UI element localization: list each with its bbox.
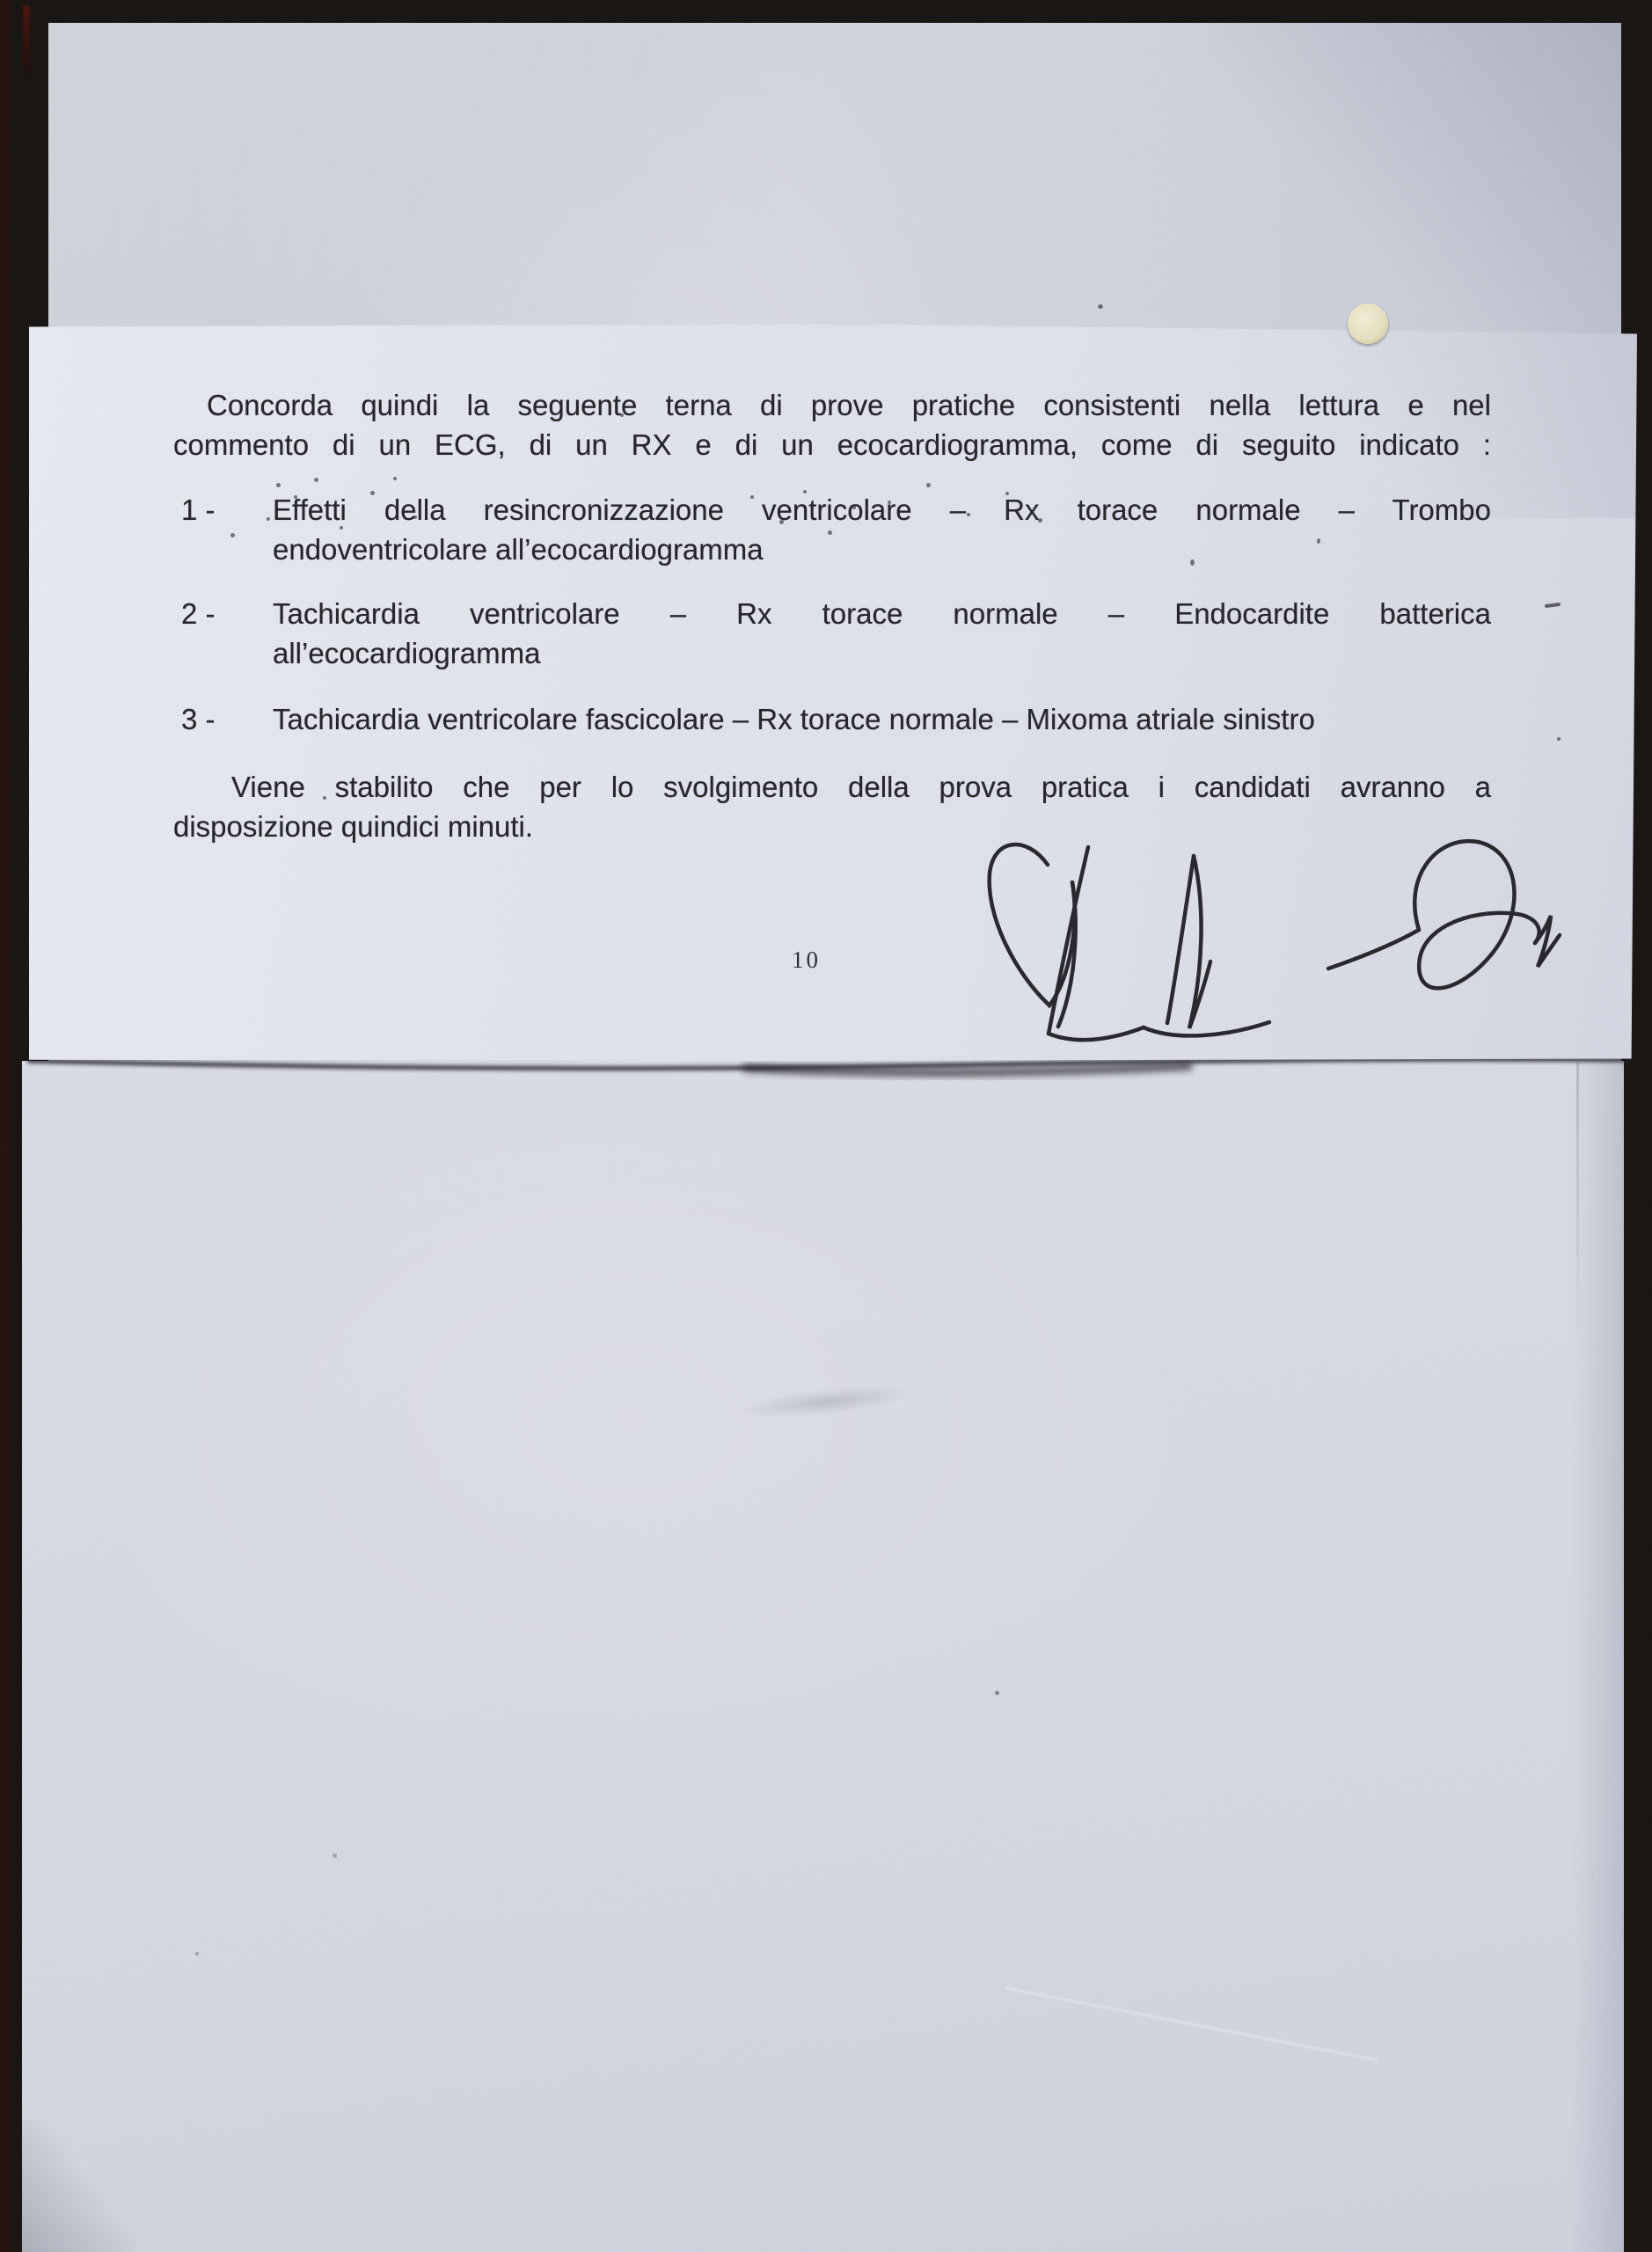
item-line: Tachicardia ventricolare – Rx torace nor… xyxy=(273,594,1491,633)
scanner-bed-red-mark xyxy=(23,5,30,79)
toner-speck xyxy=(926,483,931,487)
toner-speck xyxy=(370,491,375,495)
toner-speck xyxy=(803,490,807,494)
item-line: all’ecocardiogramma xyxy=(273,633,1491,673)
bottom-sheet-corner-shade xyxy=(22,2120,136,2252)
toner-speck xyxy=(294,495,297,499)
scanner-bed-left-edge xyxy=(0,0,14,2252)
closing-line: Viene stabilito che per lo svolgimento d… xyxy=(173,767,1491,807)
list-item-3: 3 - Tachicardia ventricolare fascicolare… xyxy=(173,699,1491,739)
toner-speck xyxy=(340,526,343,530)
item-marker: 1 - xyxy=(181,490,216,530)
toner-speck xyxy=(1005,492,1009,495)
toner-speck xyxy=(828,530,832,535)
toner-speck xyxy=(1098,304,1103,309)
toner-speck xyxy=(323,796,326,800)
item-line: endoventricolare all’ecocardiogramma xyxy=(273,530,1491,569)
back-sheet-fold xyxy=(1208,23,1621,375)
toner-speck xyxy=(779,520,784,524)
page-number: 10 xyxy=(792,947,821,974)
toner-speck xyxy=(267,517,270,521)
list-item-2: 2 - Tachicardia ventricolare – Rx torace… xyxy=(173,594,1491,673)
item-line: Tachicardia ventricolare fascicolare – R… xyxy=(273,699,1491,739)
toner-speck xyxy=(967,513,970,516)
toner-speck xyxy=(750,495,754,499)
toner-speck xyxy=(1317,538,1320,544)
intro-paragraph: Concorda quindi la seguente terna di pro… xyxy=(173,385,1491,464)
toner-speck xyxy=(195,1952,199,1956)
item-line: Effetti della resincronizzazione ventric… xyxy=(273,490,1491,530)
toner-speck xyxy=(888,501,891,504)
item-marker: 3 - xyxy=(181,699,216,739)
toner-speck xyxy=(1190,559,1195,566)
toner-speck xyxy=(995,1691,999,1695)
stain-blob xyxy=(1348,303,1388,344)
signature-ink xyxy=(963,828,1561,1042)
toner-speck xyxy=(393,477,397,480)
bottom-sheet-right-shade xyxy=(1571,1061,1624,2252)
toner-speck xyxy=(620,413,624,417)
toner-speck xyxy=(852,506,856,509)
bottom-sheet xyxy=(22,1061,1624,2252)
intro-line: Concorda quindi la seguente terna di pro… xyxy=(173,385,1491,425)
intro-line: commento di un ECG, di un RX e di un eco… xyxy=(173,425,1491,464)
bottom-sheet-vertical-crease xyxy=(1576,1063,1579,1335)
toner-speck xyxy=(276,483,281,487)
toner-speck xyxy=(413,515,417,519)
list-item-1: 1 - Effetti della resincronizzazione ven… xyxy=(173,490,1491,569)
document-sheet: Concorda quindi la seguente terna di pro… xyxy=(29,325,1637,1061)
toner-speck xyxy=(1038,518,1042,523)
toner-speck xyxy=(230,533,235,537)
toner-speck xyxy=(333,1854,337,1858)
item-marker: 2 - xyxy=(181,594,216,633)
toner-speck xyxy=(1557,737,1561,741)
toner-speck xyxy=(314,478,318,482)
